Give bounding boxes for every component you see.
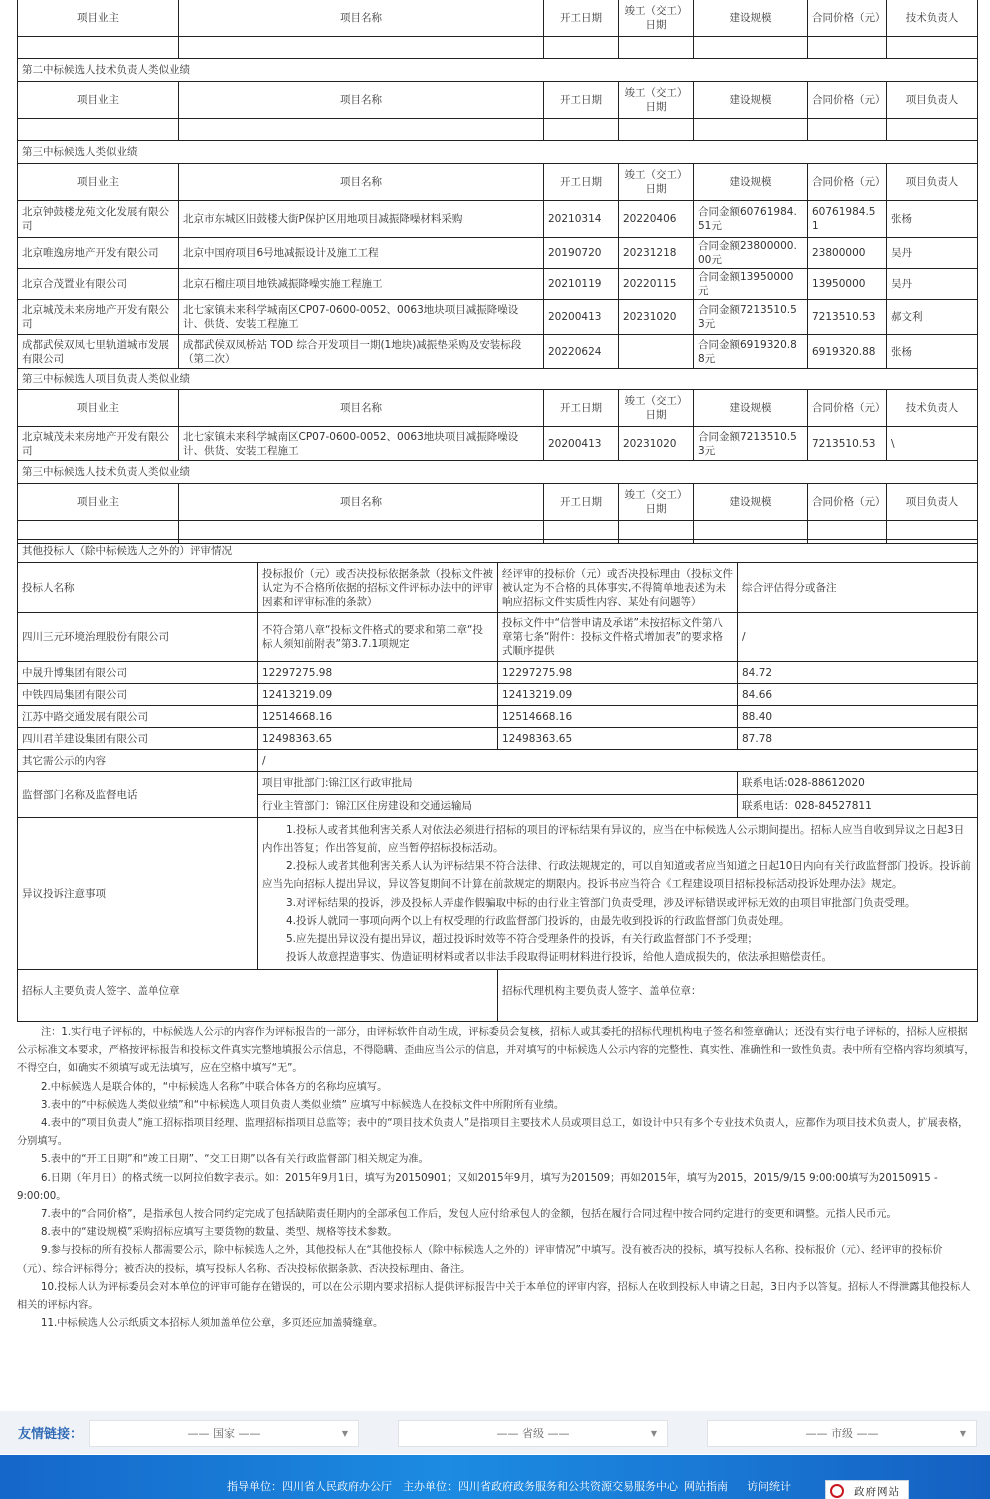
cell-scale: 合同金额23800000.00元 [694, 238, 808, 269]
col-price: 合同价格（元） [808, 82, 887, 119]
cell-price: 23800000 [808, 238, 887, 269]
note-item: 8.表中的“建设规模”采购招标应填写主要货物的数量、类型、规格等技术参数。 [17, 1224, 977, 1242]
col-price: 合同价格（元） [808, 484, 887, 521]
note-item: 6.日期（年月日）的格式统一以阿拉伯数字表示。如：2015年9月1日，填写为20… [17, 1170, 977, 1206]
table-row: 成都武侯双凤七里轨道城市发展有限公司成都武侯双凤桥站 TOD 综合开发项目一期(… [18, 335, 978, 369]
gov-badge-label: 政府网站 [854, 1484, 900, 1499]
cell-end: 20231020 [619, 427, 694, 461]
cell-end: 20220115 [619, 269, 694, 300]
note-item: 注：1.实行电子评标的，中标候选人公示的内容作为评标报告的一部分，由评标软件自动… [17, 1024, 977, 1079]
others-header-row: 投标人名称 投标报价（元）或否决投标依据条款（投标文件被认定为不合格所依据的招标… [18, 563, 978, 613]
col-owner: 项目业主 [18, 0, 179, 37]
footer-guide-unit: 指导单位：四川省人民政府办公厅 [227, 1478, 392, 1494]
cell-score: / [738, 613, 978, 662]
cell-owner: 北京城茂未来房地产开发有限公司 [18, 300, 179, 335]
col-price: 合同价格（元） [808, 0, 887, 37]
col-project: 项目名称 [179, 390, 544, 427]
select-value: —— 市级 —— [806, 1427, 879, 1440]
col-end: 竣工（交工）日期 [619, 0, 694, 37]
gov-logo-icon [830, 1484, 844, 1498]
cell-end: 20231020 [619, 300, 694, 335]
cell-bidder: 四川三元环境治理股份有限公司 [18, 613, 258, 662]
note-item: 7.表中的“合同价格”，是指承包人按合同约定完成了包括缺陷责任期内的全部承包工作… [17, 1206, 977, 1224]
cell-score: 84.66 [738, 684, 978, 706]
cell-scale: 合同金额60761984.51元 [694, 201, 808, 238]
select-national[interactable]: —— 国家 ——▼ [89, 1420, 359, 1447]
col-owner: 项目业主 [18, 164, 179, 201]
supervision-row: 监督部门名称及监督电话 项目审批部门:锦江区行政审批局 联系电话:028-886… [18, 772, 978, 795]
supervision-phone: 联系电话：028-84527811 [738, 795, 978, 818]
cell-bid-price: 12514668.16 [258, 706, 498, 728]
col-end: 竣工（交工）日期 [619, 82, 694, 119]
col-reviewed-price: 经评审的投标价（元）或否决投标理由（投标文件被认定为不合格的具体事实,不得简单地… [498, 563, 738, 613]
note-item: 2.中标候选人是联合体的，“中标候选人名称”中联合体各方的名称均应填写。 [17, 1079, 977, 1097]
table-row: 中晟升博集团有限公司12297275.9812297275.9884.72 [18, 662, 978, 684]
cell-scale: 合同金额6919320.88元 [694, 335, 808, 369]
cell-bidder: 江苏中路交通发展有限公司 [18, 706, 258, 728]
table-row: 北京城茂未来房地产开发有限公司北七家镇未来科学城南区CP07-0600-0052… [18, 427, 978, 461]
table-row: 北京合茂置业有限公司北京石榴庄项目地铁减振降噪实施工程施工20210119202… [18, 269, 978, 300]
objection-item: 4.投诉人就同一事项向两个以上有权受理的行政监督部门投诉的，由最先收到投诉的行政… [262, 912, 973, 930]
cell-start: 20190720 [544, 238, 619, 269]
gov-site-badge[interactable]: 政府网站 [825, 1480, 909, 1499]
chevron-down-icon: ▼ [960, 1421, 966, 1446]
site-guide-link[interactable]: 网站指南 [684, 1478, 728, 1494]
cell-owner: 北京唯逸房地产开发有限公司 [18, 238, 179, 269]
other-content-label: 其它需公示的内容 [18, 750, 258, 772]
cell-score: 88.40 [738, 706, 978, 728]
section-title-row: 第三中标候选人类似业绩 [18, 141, 978, 164]
supervision-phone: 联系电话:028-88612020 [738, 772, 978, 795]
cell-project: 北京中国府项目6号地减振设计及施工工程 [179, 238, 544, 269]
table-others: 其他投标人（除中标候选人之外的）评审情况 投标人名称 投标报价（元）或否决投标依… [17, 539, 978, 1022]
cell-start: 20220624 [544, 335, 619, 369]
col-pm: 项目负责人 [887, 82, 978, 119]
cell-price: 7213510.53 [808, 427, 887, 461]
select-value: —— 省级 —— [497, 1427, 570, 1440]
table-row: 江苏中路交通发展有限公司12514668.1612514668.1688.40 [18, 706, 978, 728]
col-score: 综合评估得分或备注 [738, 563, 978, 613]
cell-score: 84.72 [738, 662, 978, 684]
tenderer-signature: 招标人主要负责人签字、盖单位章 [18, 970, 498, 1022]
col-project: 项目名称 [179, 164, 544, 201]
select-provincial[interactable]: —— 省级 ——▼ [398, 1420, 668, 1447]
objection-item: 5.应先提出异议没有提出异议，超过投诉时效等不符合受理条件的投诉，有关行政监督部… [262, 930, 973, 948]
cell-price: 6919320.88 [808, 335, 887, 369]
table-row: 北京钟鼓楼龙苑文化发展有限公司北京市东城区旧鼓楼大街P保护区用地项目减振降噪材料… [18, 201, 978, 238]
col-price: 合同价格（元） [808, 390, 887, 427]
cell-price: 7213510.53 [808, 300, 887, 335]
section-title-row: 第三中标候选人项目负责人类似业绩 [18, 369, 978, 390]
cell-scale: 合同金额13950000元 [694, 269, 808, 300]
cell-bidder: 中铁四局集团有限公司 [18, 684, 258, 706]
col-scale: 建设规模 [694, 390, 808, 427]
agency-signature: 招标代理机构主要负责人签字、盖单位章： [498, 970, 978, 1022]
col-owner: 项目业主 [18, 390, 179, 427]
col-price: 合同价格（元） [808, 164, 887, 201]
objection-item: 2.投标人或者其他利害关系人认为评标结果不符合法律、行政法规规定的，可以自知道或… [262, 857, 973, 893]
cell-bidder: 四川君羊建设集团有限公司 [18, 728, 258, 750]
cell-price: 60761984.51 [808, 201, 887, 238]
col-tech-lead: 技术负责人 [887, 390, 978, 427]
header-row: 项目业主 项目名称 开工日期 竣工（交工）日期 建设规模 合同价格（元） 项目负… [18, 82, 978, 119]
objection-item: 投诉人故意捏造事实、伪造证明材料或者以非法手段取得证明材料进行投诉，给他人造成损… [262, 948, 973, 966]
col-project: 项目名称 [179, 484, 544, 521]
col-pm: 项目负责人 [887, 164, 978, 201]
cell-reviewed-price: 12514668.16 [498, 706, 738, 728]
cell-reviewed-price: 12498363.65 [498, 728, 738, 750]
objection-item: 1.投标人或者其他利害关系人对依法必须进行招标的项目的评标结果有异议的，应当在中… [262, 821, 973, 857]
section-title: 第三中标候选人类似业绩 [18, 141, 978, 164]
select-value: —— 国家 —— [188, 1427, 261, 1440]
cell-person: 郝文利 [887, 300, 978, 335]
table-row: 北京唯逸房地产开发有限公司北京中国府项目6号地减振设计及施工工程20190720… [18, 238, 978, 269]
note-item: 10.投标人认为评标委员会对本单位的评审可能存在错误的，可以在公示期内要求招标人… [17, 1279, 977, 1315]
table-row: 北京城茂未来房地产开发有限公司北七家镇未来科学城南区CP07-0600-0052… [18, 300, 978, 335]
col-start: 开工日期 [544, 484, 619, 521]
cell-reviewed-price: 12413219.09 [498, 684, 738, 706]
header-row: 项目业主 项目名称 开工日期 竣工（交工）日期 建设规模 合同价格（元） 技术负… [18, 390, 978, 427]
col-scale: 建设规模 [694, 0, 808, 37]
cell-person: 张杨 [887, 201, 978, 238]
cell-score: 87.78 [738, 728, 978, 750]
empty-row [18, 119, 978, 141]
cell-start: 20210314 [544, 201, 619, 238]
cell-project: 北七家镇未来科学城南区CP07-0600-0052、0063地块项目减振降噪设计… [179, 300, 544, 335]
footer: 指导单位：四川省人民政府办公厅 主办单位：四川省政府政务服务和公共资源交易服务中… [0, 1455, 990, 1499]
supervision-dept: 项目审批部门:锦江区行政审批局 [258, 772, 738, 795]
col-start: 开工日期 [544, 82, 619, 119]
section-title: 第三中标候选人技术负责人类似业绩 [18, 461, 978, 484]
cell-person: 吴丹 [887, 269, 978, 300]
others-body: 四川三元环境治理股份有限公司不符合第八章“投标文件格式的要求和第二章“投标人须知… [18, 613, 978, 750]
cell-person: 吴丹 [887, 238, 978, 269]
cell-owner: 北京钟鼓楼龙苑文化发展有限公司 [18, 201, 179, 238]
cell-bidder: 中晟升博集团有限公司 [18, 662, 258, 684]
col-bidder: 投标人名称 [18, 563, 258, 613]
cell-owner: 成都武侯双凤七里轨道城市发展有限公司 [18, 335, 179, 369]
col-pm: 项目负责人 [887, 484, 978, 521]
supervision-dept: 行业主管部门：锦江区住房建设和交通运输局 [258, 795, 738, 818]
friendly-links-label: 友情链接： [18, 1423, 83, 1442]
cell-bid-price: 12498363.65 [258, 728, 498, 750]
col-project: 项目名称 [179, 82, 544, 119]
supervision-label: 监督部门名称及监督电话 [18, 772, 258, 818]
col-end: 竣工（交工）日期 [619, 484, 694, 521]
cell-bid-price: 不符合第八章“投标文件格式的要求和第二章“投标人须知前附表”第3.7.1项规定 [258, 613, 498, 662]
col-start: 开工日期 [544, 164, 619, 201]
col-owner: 项目业主 [18, 82, 179, 119]
cell-project: 北京石榴庄项目地铁减振降噪实施工程施工 [179, 269, 544, 300]
cell-start: 20200413 [544, 300, 619, 335]
other-content-row: 其它需公示的内容 / [18, 750, 978, 772]
note-item: 4.表中的“项目负责人”施工招标指项目经理、监理招标指项目总监等；表中的“项目技… [17, 1115, 977, 1151]
signature-row: 招标人主要负责人签字、盖单位章 招标代理机构主要负责人签字、盖单位章： [18, 970, 978, 1022]
table-row: 中铁四局集团有限公司12413219.0912413219.0984.66 [18, 684, 978, 706]
objection-content: 1.投标人或者其他利害关系人对依法必须进行招标的项目的评标结果有异议的，应当在中… [258, 818, 978, 970]
cell-reviewed-price: 12297275.98 [498, 662, 738, 684]
cell-person: 张杨 [887, 335, 978, 369]
s3-perf-body: 北京钟鼓楼龙苑文化发展有限公司北京市东城区旧鼓楼大街P保护区用地项目减振降噪材料… [18, 201, 978, 369]
note-item: 11.中标候选人公示纸质文本招标人须加盖单位公章，多页还应加盖骑缝章。 [17, 1315, 977, 1333]
cell-owner: 北京合茂置业有限公司 [18, 269, 179, 300]
col-bid-price: 投标报价（元）或否决投标依据条款（投标文件被认定为不合格所依据的招标文件评标办法… [258, 563, 498, 613]
col-tech-lead: 技术负责人 [887, 0, 978, 37]
note-item: 5.表中的“开工日期”和“竣工日期”、“交工日期”以各有关行政监督部门相关规定为… [17, 1151, 977, 1169]
cell-bid-price: 12413219.09 [258, 684, 498, 706]
cell-scale: 合同金额7213510.53元 [694, 300, 808, 335]
section-title-row: 第三中标候选人技术负责人类似业绩 [18, 461, 978, 484]
friendly-links-bar: 友情链接： —— 国家 ——▼ —— 省级 ——▼ —— 市级 ——▼ [0, 1411, 990, 1454]
table-top: 项目业主 项目名称 开工日期 竣工（交工）日期 建设规模 合同价格（元） 技术负… [17, 0, 978, 544]
section-title: 第二中标候选人技术负责人类似业绩 [18, 59, 978, 82]
col-end: 竣工（交工）日期 [619, 164, 694, 201]
header-row: 项目业主 项目名称 开工日期 竣工（交工）日期 建设规模 合同价格（元） 技术负… [18, 0, 978, 37]
cell-owner: 北京城茂未来房地产开发有限公司 [18, 427, 179, 461]
cell-project: 北京市东城区旧鼓楼大街P保护区用地项目减振降噪材料采购 [179, 201, 544, 238]
cell-bid-price: 12297275.98 [258, 662, 498, 684]
s3-pm-body: 北京城茂未来房地产开发有限公司北七家镇未来科学城南区CP07-0600-0052… [18, 427, 978, 461]
col-end: 竣工（交工）日期 [619, 390, 694, 427]
col-start: 开工日期 [544, 0, 619, 37]
col-scale: 建设规模 [694, 484, 808, 521]
table-row: 四川三元环境治理股份有限公司不符合第八章“投标文件格式的要求和第二章“投标人须知… [18, 613, 978, 662]
col-start: 开工日期 [544, 390, 619, 427]
col-scale: 建设规模 [694, 82, 808, 119]
select-city[interactable]: —— 市级 ——▼ [707, 1420, 977, 1447]
cell-start: 20200413 [544, 427, 619, 461]
chevron-down-icon: ▼ [651, 1421, 657, 1446]
note-item: 3.表中的“中标候选人类似业绩”和“中标候选人项目负责人类似业绩” 应填写中标候… [17, 1097, 977, 1115]
visit-stats-link[interactable]: 访问统计 [747, 1478, 791, 1494]
objection-row: 异议投诉注意事项 1.投标人或者其他利害关系人对依法必须进行招标的项目的评标结果… [18, 818, 978, 970]
cell-scale: 合同金额7213510.53元 [694, 427, 808, 461]
footer-host-unit: 主办单位：四川省政府政务服务和公共资源交易服务中心 [403, 1478, 678, 1494]
cell-end: 20220406 [619, 201, 694, 238]
empty-row [18, 37, 978, 59]
other-content-value: / [258, 750, 978, 772]
table-row: 四川君羊建设集团有限公司12498363.6512498363.6587.78 [18, 728, 978, 750]
header-row: 项目业主 项目名称 开工日期 竣工（交工）日期 建设规模 合同价格（元） 项目负… [18, 164, 978, 201]
section-title-row: 第二中标候选人技术负责人类似业绩 [18, 59, 978, 82]
objection-label: 异议投诉注意事项 [18, 818, 258, 970]
col-owner: 项目业主 [18, 484, 179, 521]
cell-start: 20210119 [544, 269, 619, 300]
notes: 注：1.实行电子评标的，中标候选人公示的内容作为评标报告的一部分，由评标软件自动… [17, 1024, 977, 1333]
note-item: 9.参与投标的所有投标人都需要公示，除中标候选人之外，其他投标人在“其他投标人（… [17, 1242, 977, 1278]
cell-price: 13950000 [808, 269, 887, 300]
section-title-row: 其他投标人（除中标候选人之外的）评审情况 [18, 540, 978, 563]
section-title: 第三中标候选人项目负责人类似业绩 [18, 369, 978, 390]
cell-person: \ [887, 427, 978, 461]
col-scale: 建设规模 [694, 164, 808, 201]
col-project: 项目名称 [179, 0, 544, 37]
header-row: 项目业主 项目名称 开工日期 竣工（交工）日期 建设规模 合同价格（元） 项目负… [18, 484, 978, 521]
cell-end [619, 335, 694, 369]
objection-item: 3.对评标结果的投诉，涉及投标人弄虚作假骗取中标的由行业主管部门负责受理，涉及评… [262, 894, 973, 912]
section-title: 其他投标人（除中标候选人之外的）评审情况 [18, 540, 978, 563]
cell-end: 20231218 [619, 238, 694, 269]
cell-project: 成都武侯双凤桥站 TOD 综合开发项目一期(1地块)减振垫采购及安装标段（第二次… [179, 335, 544, 369]
chevron-down-icon: ▼ [342, 1421, 348, 1446]
cell-project: 北七家镇未来科学城南区CP07-0600-0052、0063地块项目减振降噪设计… [179, 427, 544, 461]
cell-reviewed-price: 投标文件中“信誉申请及承诺”未按招标文件第八章第七条“附件：投标文件格式增加表”… [498, 613, 738, 662]
